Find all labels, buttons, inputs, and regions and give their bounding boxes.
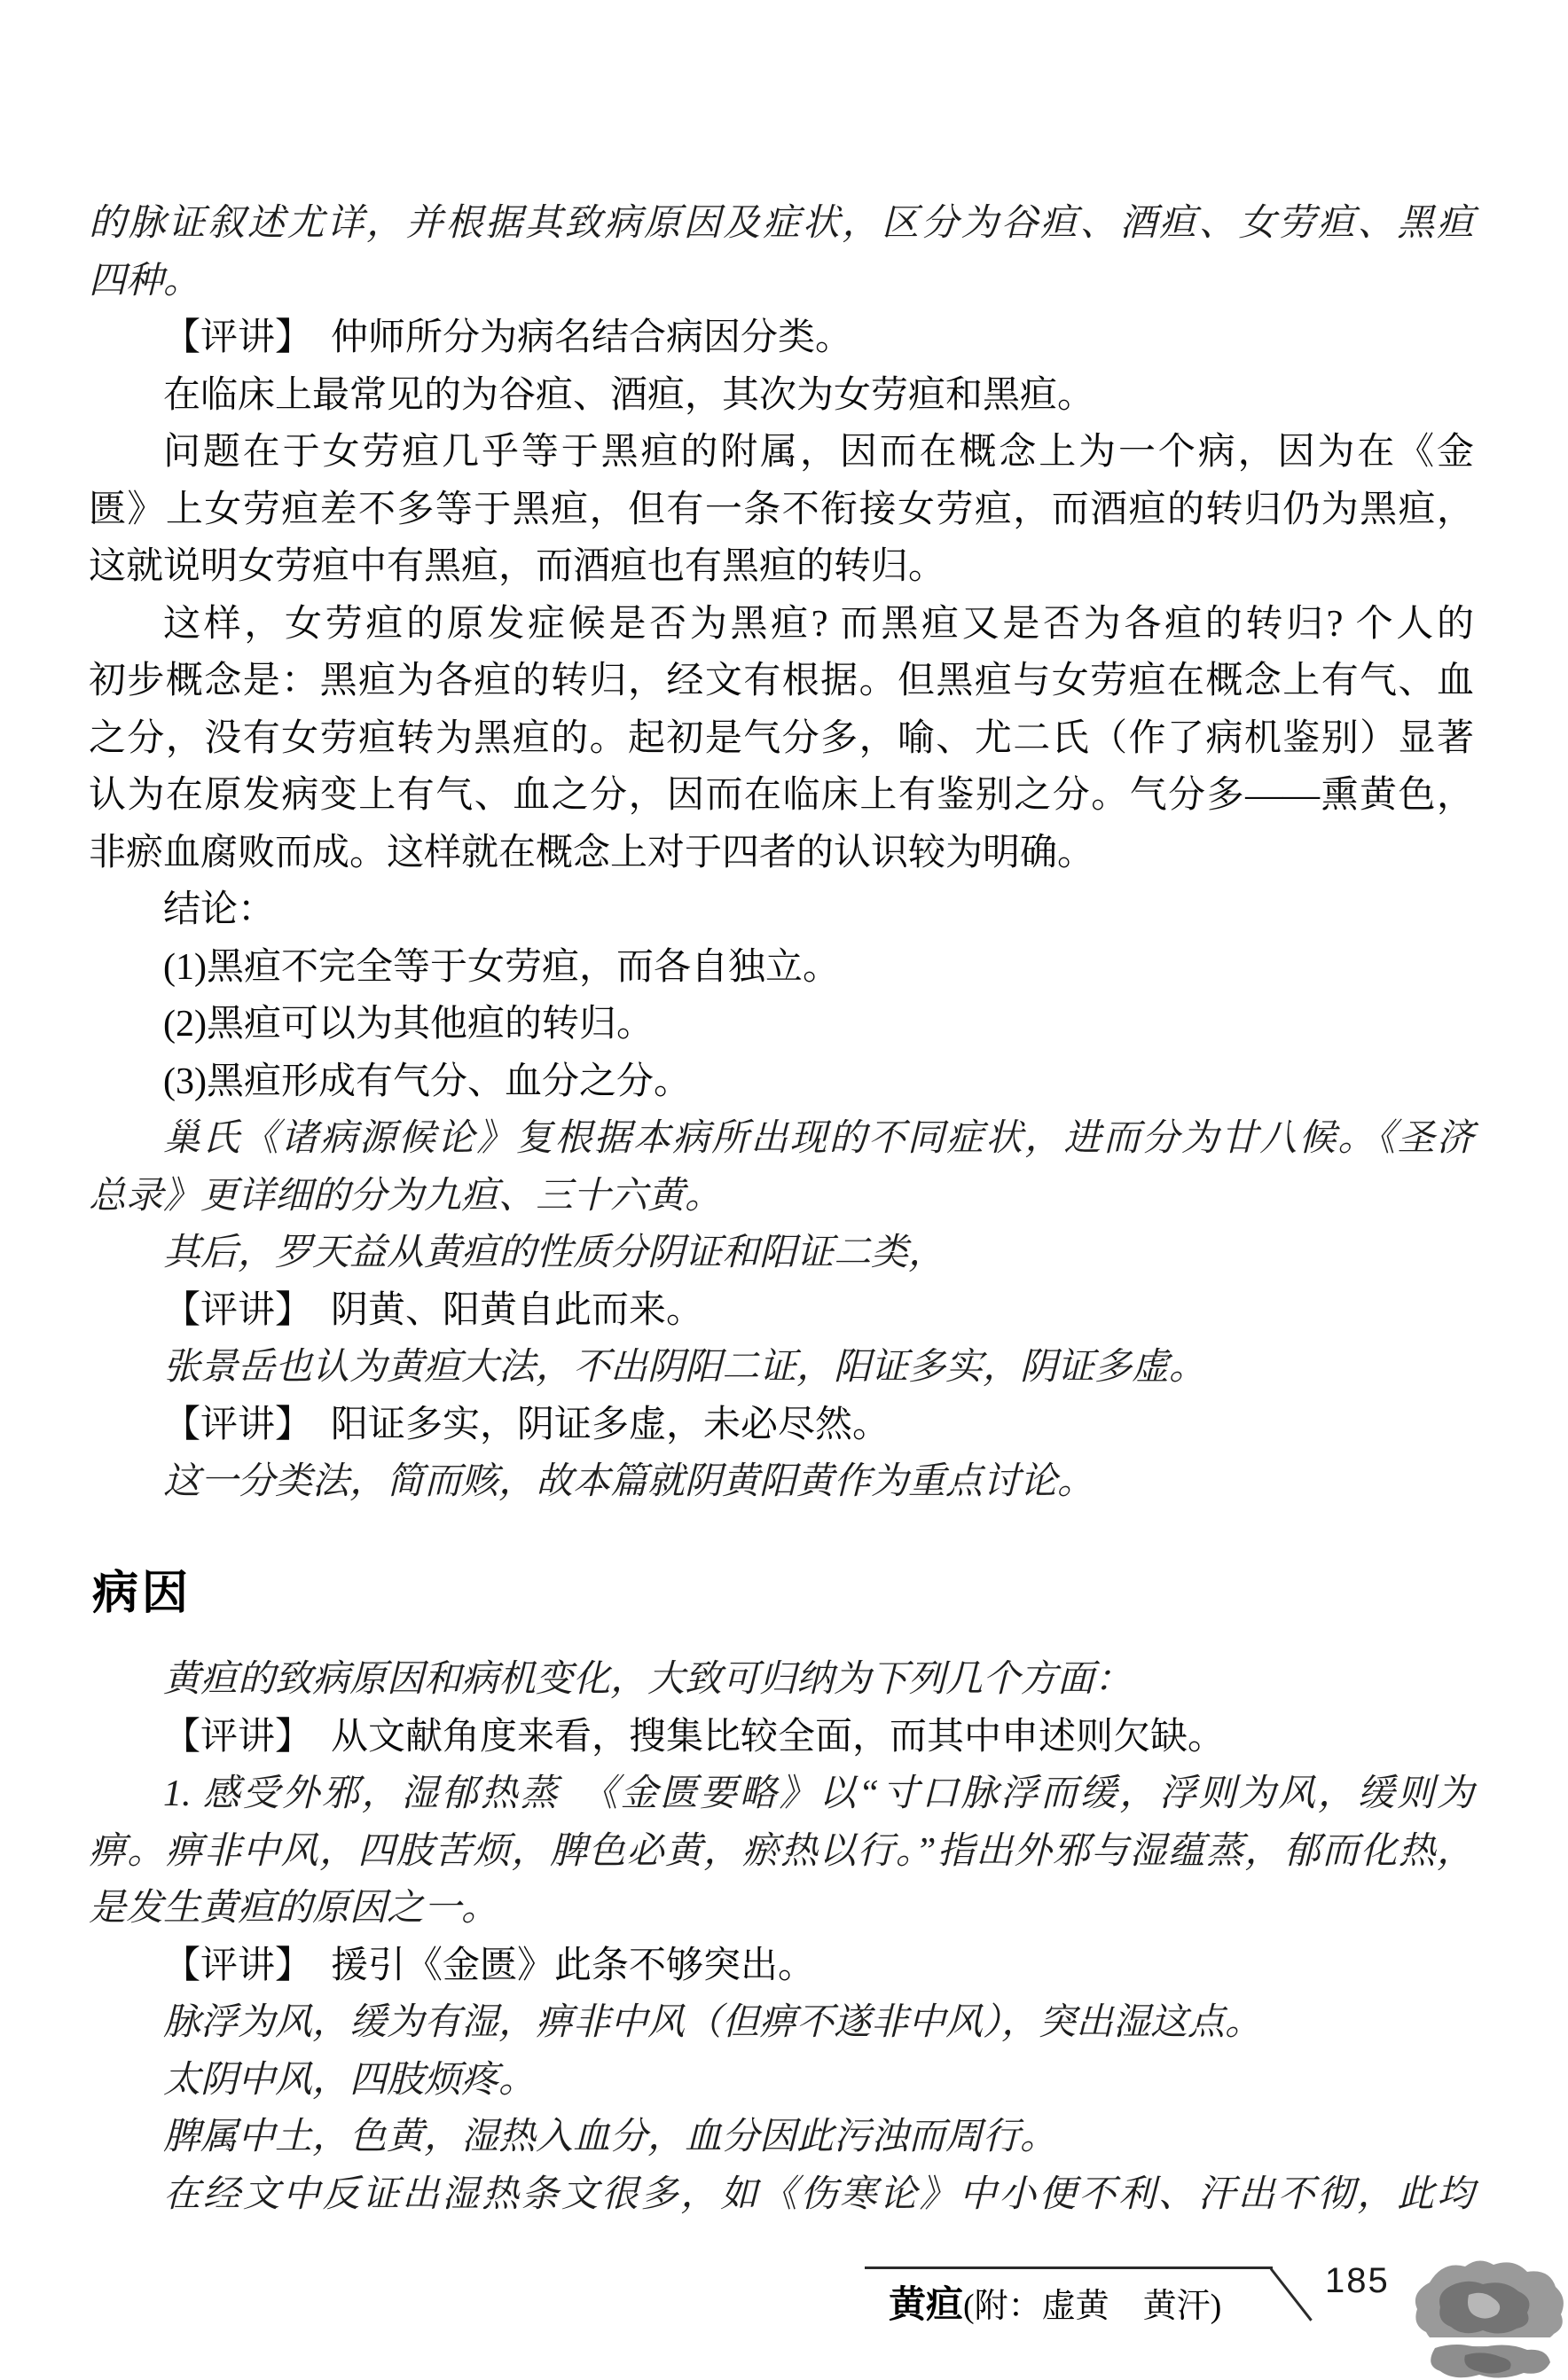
- section-heading: 病因: [92, 1555, 192, 1622]
- text-line: 结论：: [89, 881, 1474, 939]
- text-line: 四种。: [89, 253, 1474, 310]
- text-line: (3)黑疸形成有气分、血分之分。: [89, 1053, 1474, 1111]
- text-line: 【评讲】 援引《金匮》此条不够突出。: [89, 1938, 1474, 1995]
- text-line: 这样，女劳疸的原发症候是否为黑疸? 而黑疸又是否为各疸的转归? 个人的: [89, 596, 1474, 654]
- text-line: 的脉证叙述尤详，并根据其致病原因及症状，区分为谷疸、酒疸、女劳疸、黑疸: [89, 195, 1474, 253]
- text-line: 【评讲】 仲师所分为病名结合病因分类。: [89, 309, 1474, 367]
- text-line: 在临床上最常见的为谷疸、酒疸，其次为女劳疸和黑疸。: [89, 367, 1474, 425]
- ink-blot-graphic: [1394, 2256, 1568, 2380]
- text-line: 总录》更详细的分为九疸、三十六黄。: [89, 1168, 1474, 1225]
- text-line: 【评讲】 从文献角度来看，搜集比较全面，而其中申述则欠缺。: [89, 1709, 1474, 1766]
- text-line: 【评讲】 阳证多实，阴证多虚，未必尽然。: [89, 1397, 1474, 1454]
- text-line: 【评讲】 阴黄、阳黄自此而来。: [89, 1282, 1474, 1340]
- text-line: 初步概念是：黑疸为各疸的转归，经文有根据。但黑疸与女劳疸在概念上有气、血: [89, 653, 1474, 710]
- text-line: (1)黑疸不完全等于女劳疸，而各自独立。: [89, 939, 1474, 997]
- text-line: 这一分类法，简而赅，故本篇就阴黄阳黄作为重点讨论。: [89, 1453, 1474, 1511]
- text-line: 这就说明女劳疸中有黑疸，而酒疸也有黑疸的转归。: [89, 538, 1474, 596]
- footer-rule: [865, 2266, 1273, 2269]
- text-line: 认为在原发病变上有气、血之分，因而在临床上有鉴别之分。气分多——熏黄色，: [89, 767, 1474, 825]
- etiology-text-block: 黄疸的致病原因和病机变化，大致可归纳为下列几个方面：【评讲】 从文献角度来看，搜…: [89, 1651, 1474, 2223]
- text-line: 在经文中反证出湿热条文很多，如《伤寒论》中小便不利、汗出不彻，此均: [89, 2166, 1474, 2224]
- text-line: 黄疸的致病原因和病机变化，大致可归纳为下列几个方面：: [89, 1651, 1474, 1709]
- page-number: 185: [1325, 2261, 1390, 2301]
- text-line: 巢氏《诸病源候论》复根据本病所出现的不同症状，进而分为廿八候。《圣济: [89, 1110, 1474, 1168]
- chapter-title: 黄疸: [889, 2285, 963, 2326]
- text-line: 非瘀血腐败而成。这样就在概念上对于四者的认识较为明确。: [89, 825, 1474, 882]
- text-line: 痹。痹非中风，四肢苦烦，脾色必黄，瘀热以行。”指出外邪与湿蕴蒸，郁而化热，: [89, 1823, 1474, 1881]
- text-line: 是发生黄疸的原因之一。: [89, 1880, 1474, 1938]
- main-text-block: 的脉证叙述尤详，并根据其致病原因及症状，区分为谷疸、酒疸、女劳疸、黑疸四种。【评…: [89, 195, 1474, 1511]
- text-line: 问题在于女劳疸几乎等于黑疸的附属，因而在概念上为一个病，因为在《金: [89, 424, 1474, 481]
- text-line: 脉浮为风，缓为有湿，痹非中风（但痹不遂非中风），突出湿这点。: [89, 1994, 1474, 2052]
- chapter-subtitle: (附：虚黄 黄汗): [963, 2288, 1221, 2325]
- text-line: 之分，没有女劳疸转为黑疸的。起初是气分多，喻、尤二氏（作了病机鉴别）显著: [89, 710, 1474, 768]
- footer-diagonal-rule: [1270, 2268, 1313, 2321]
- text-line: 其后，罗天益从黄疸的性质分阴证和阳证二类，: [89, 1225, 1474, 1282]
- text-line: (2)黑疸可以为其他疸的转归。: [89, 996, 1474, 1053]
- text-line: 匮》上女劳疸差不多等于黑疸，但有一条不衔接女劳疸，而酒疸的转归仍为黑疸，: [89, 481, 1474, 539]
- text-line: 张景岳也认为黄疸大法，不出阴阳二证，阳证多实，阴证多虚。: [89, 1339, 1474, 1397]
- scanned-book-page: 的脉证叙述尤详，并根据其致病原因及症状，区分为谷疸、酒疸、女劳疸、黑疸四种。【评…: [0, 0, 1568, 2380]
- text-line: 脾属中土，色黄，湿热入血分，血分因此污浊而周行。: [89, 2109, 1474, 2166]
- running-footer-title: 黄疸(附：虚黄 黄汗): [889, 2275, 1221, 2329]
- text-line: 1. 感受外邪，湿郁热蒸 《金匮要略》以“寸口脉浮而缓，浮则为风，缓则为: [89, 1765, 1474, 1823]
- text-line: 太阴中风，四肢烦疼。: [89, 2052, 1474, 2110]
